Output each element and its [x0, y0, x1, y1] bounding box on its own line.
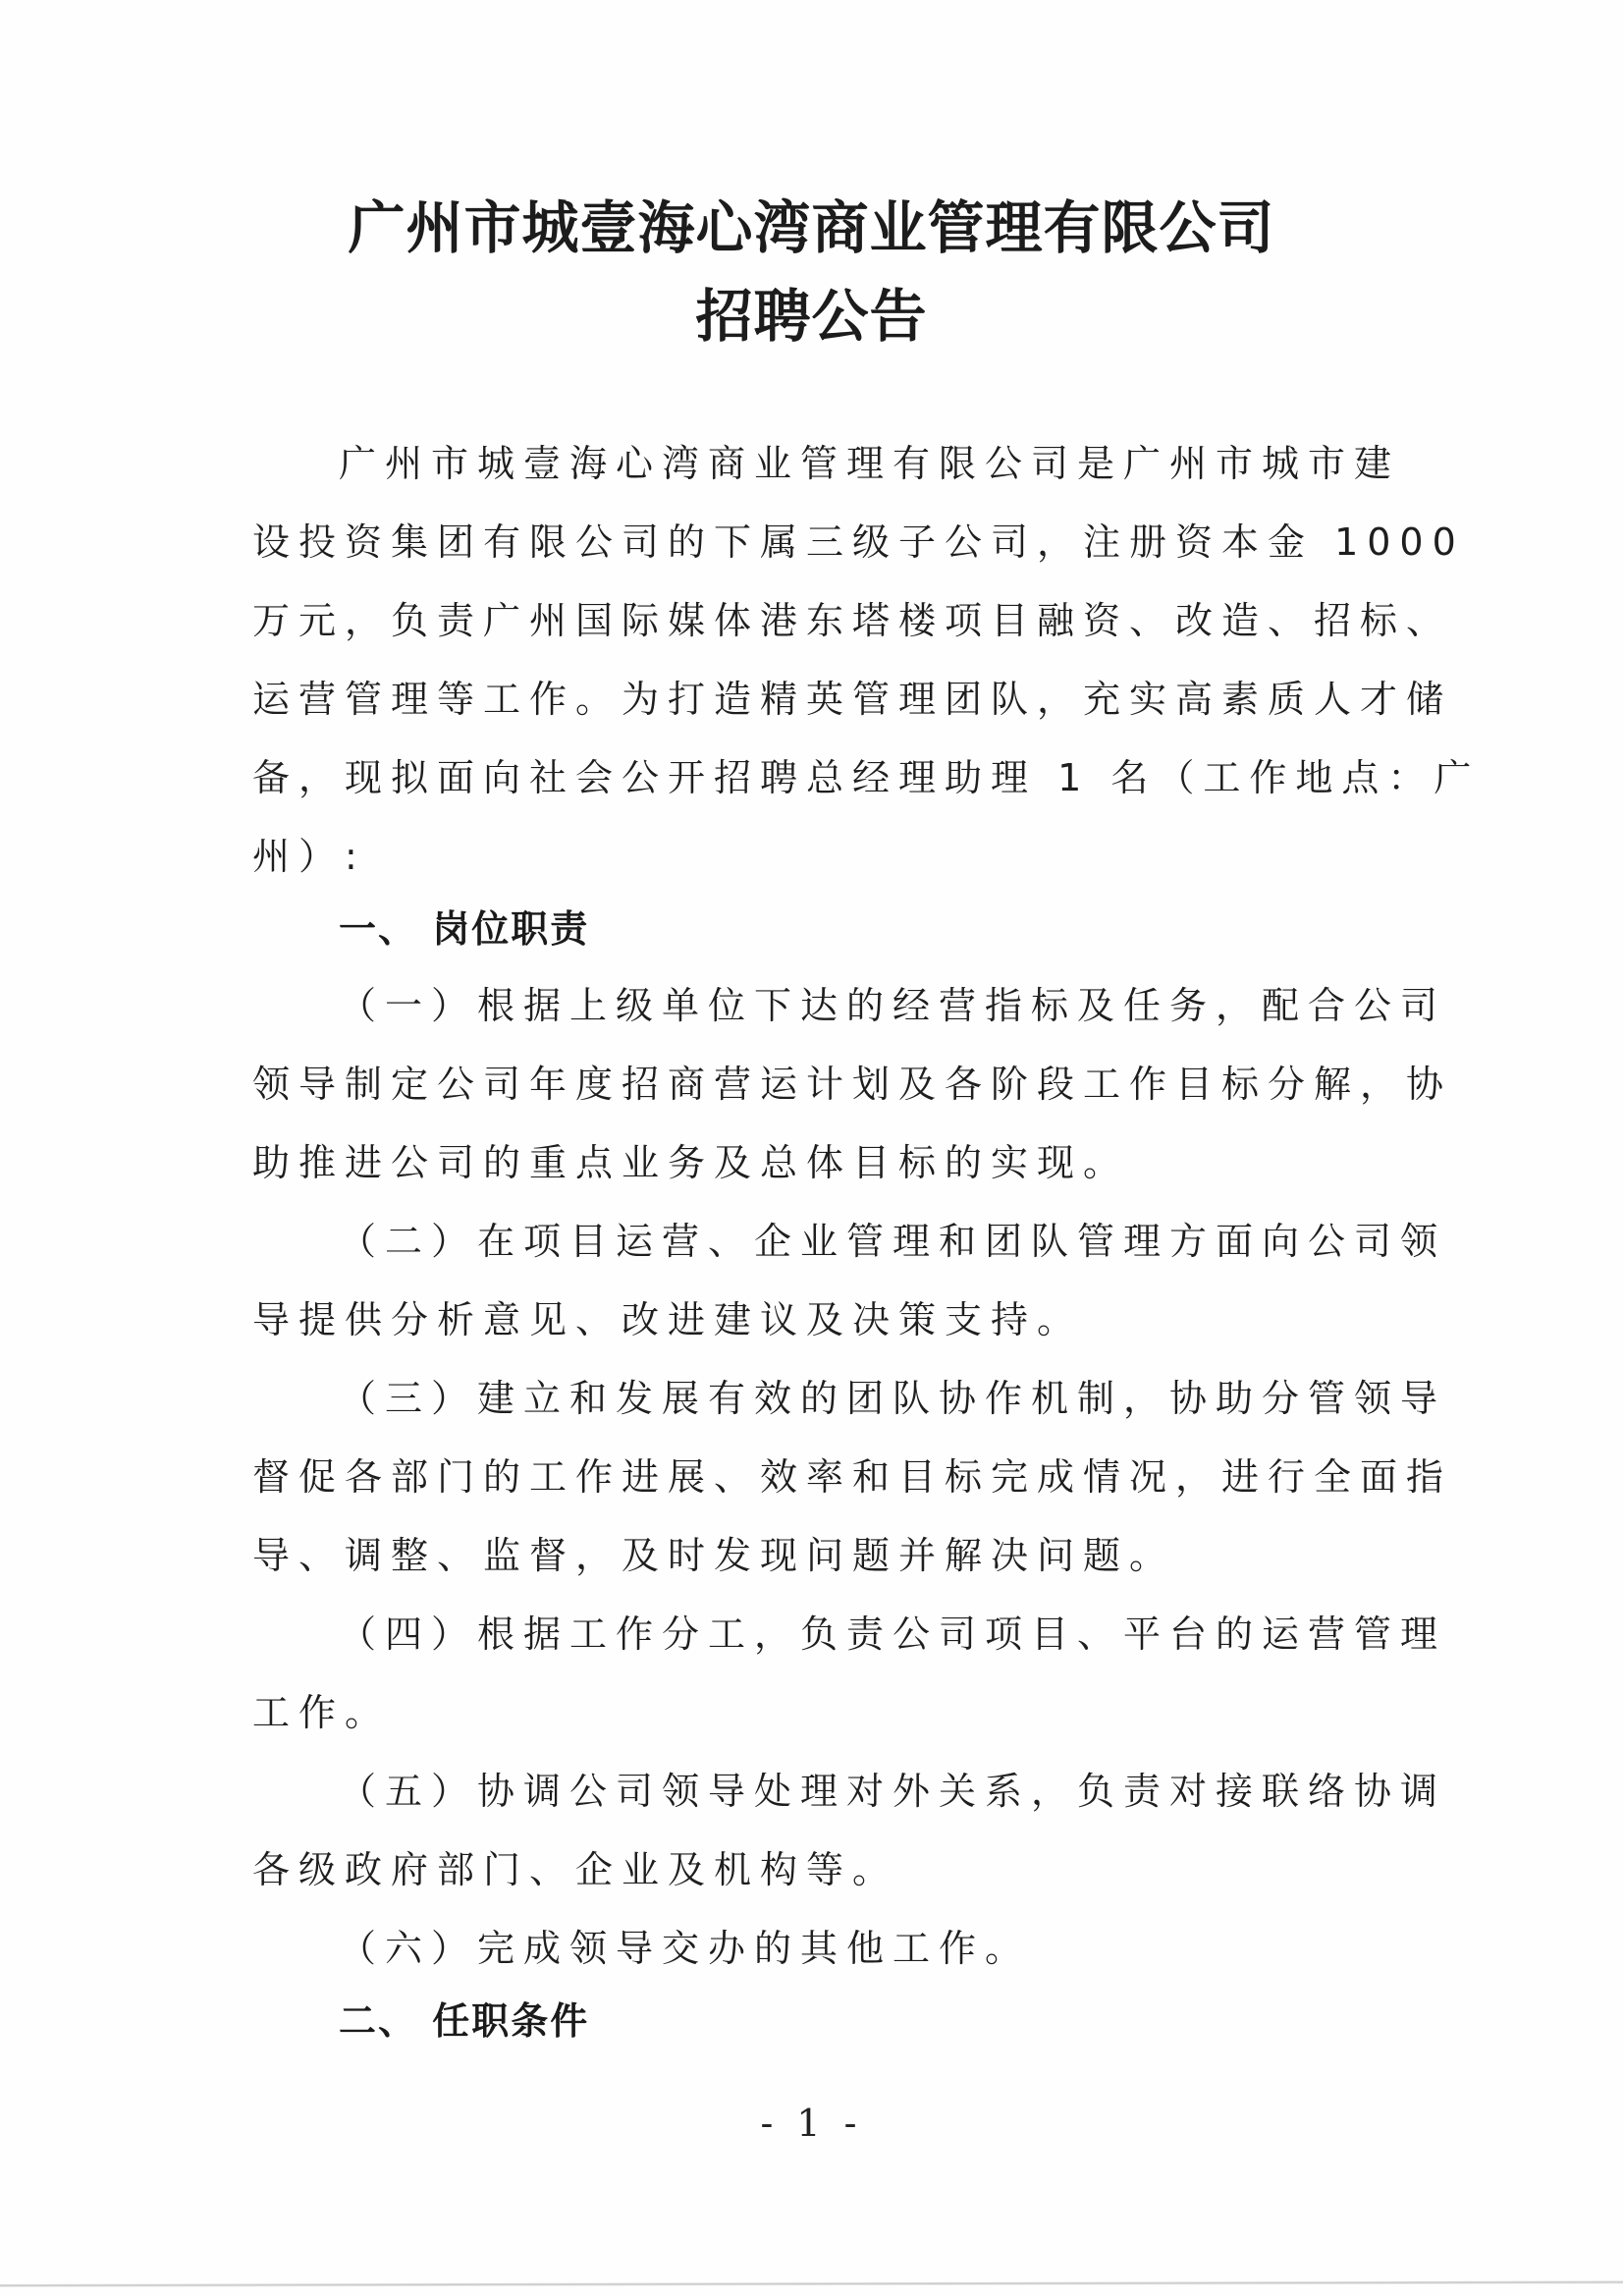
duty-item-2-line: （二）在项目运营、企业管理和团队管理方面向公司领: [339, 1218, 1391, 1265]
intro-line: 万元，负责广州国际媒体港东塔楼项目融资、改造、招标、: [252, 597, 1391, 644]
scan-edge-line: [0, 2281, 1623, 2287]
duty-item-3-line: 督促各部门的工作进展、效率和目标完成情况，进行全面指: [252, 1453, 1391, 1501]
page-number: - 1 -: [0, 2100, 1623, 2147]
document-title-company: 广州市城壹海心湾商业管理有限公司: [0, 196, 1623, 259]
duty-item-1-line: （一）根据上级单位下达的经营指标及任务，配合公司: [339, 982, 1391, 1029]
duty-item-3-line: （三）建立和发展有效的团队协作机制，协助分管领导: [339, 1375, 1391, 1422]
duty-item-5-line: （五）协调公司领导处理对外关系，负责对接联络协调: [339, 1768, 1391, 1815]
intro-line: 运营管理等工作。为打造精英管理团队，充实高素质人才储: [252, 676, 1391, 723]
duty-item-5-line: 各级政府部门、企业及机构等。: [252, 1846, 1391, 1893]
duty-item-1-line: 助推进公司的重点业务及总体目标的实现。: [252, 1139, 1391, 1186]
section-heading-qualifications: 二、 任职条件: [339, 1997, 589, 2045]
intro-line: 州）:: [252, 833, 1391, 880]
intro-line: 设投资集团有限公司的下属三级子公司，注册资本金 1000: [252, 519, 1391, 566]
duty-item-1-line: 领导制定公司年度招商营运计划及各阶段工作目标分解，协: [252, 1061, 1391, 1108]
duty-item-2-line: 导提供分析意见、改进建议及决策支持。: [252, 1296, 1391, 1343]
duty-item-6-line: （六）完成领导交办的其他工作。: [339, 1925, 1391, 1972]
intro-line: 备，现拟面向社会公开招聘总经理助理 1 名（工作地点：广: [252, 754, 1391, 801]
document-title-notice: 招聘公告: [0, 285, 1623, 348]
document-page: 广州市城壹海心湾商业管理有限公司 招聘公告 广州市城壹海心湾商业管理有限公司是广…: [0, 0, 1623, 2296]
duty-item-4-line: （四）根据工作分工，负责公司项目、平台的运营管理: [339, 1611, 1391, 1658]
duty-item-3-line: 导、调整、监督，及时发现问题并解决问题。: [252, 1532, 1391, 1579]
duty-item-4-line: 工作。: [252, 1689, 1391, 1736]
intro-line: 广州市城壹海心湾商业管理有限公司是广州市城市建: [339, 440, 1391, 487]
section-heading-responsibilities: 一、 岗位职责: [339, 905, 589, 953]
